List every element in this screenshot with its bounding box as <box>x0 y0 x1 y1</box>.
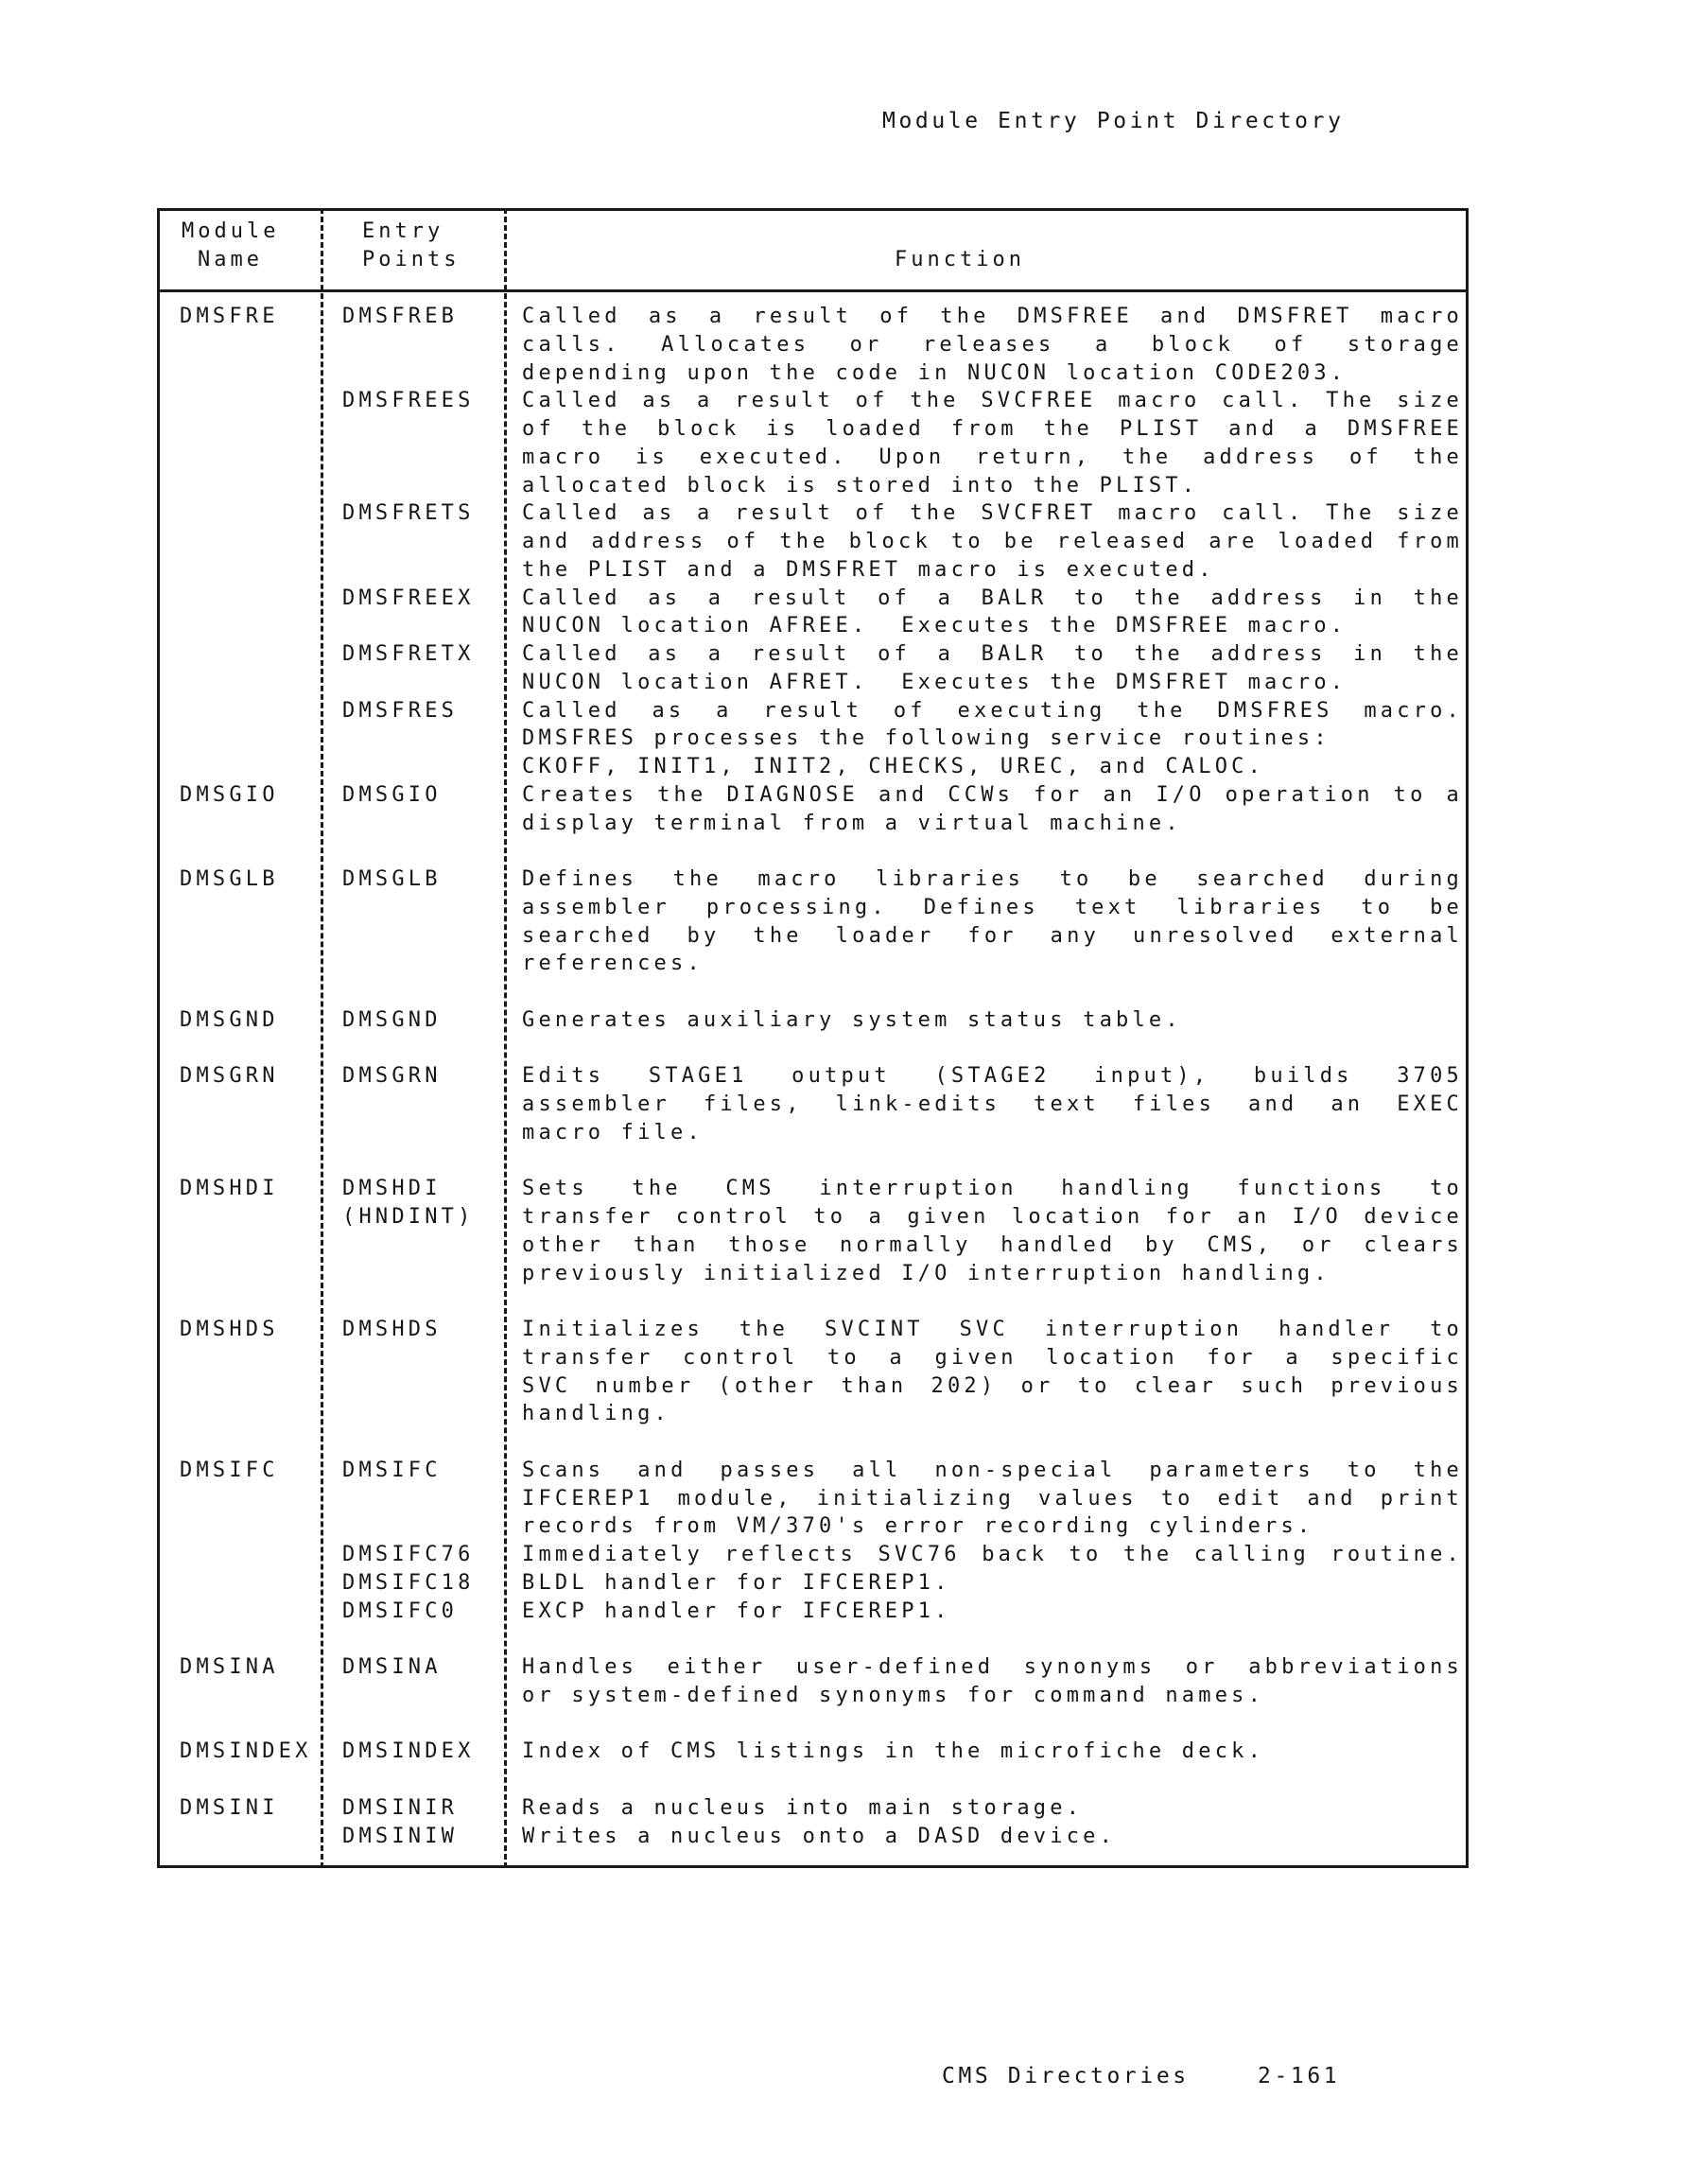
module-name-cell: DMSGIO <box>180 783 279 808</box>
entry-point-cell: DMSFRES <box>342 699 458 724</box>
function-description-line: searched by the loader for any unresolve… <box>522 924 1463 949</box>
function-description-line: records from VM/370's error recording cy… <box>522 1514 1463 1539</box>
module-name-cell: DMSINI <box>180 1796 279 1821</box>
function-description-line: handling. <box>522 1402 1463 1426</box>
function-description-line: display terminal from a virtual machine. <box>522 812 1463 836</box>
entry-point-cell: DMSFREEX <box>342 586 475 611</box>
entry-point-cell: DMSINDEX <box>342 1739 475 1764</box>
function-description-line: Defines the macro libraries to be search… <box>522 867 1463 892</box>
function-description-line: allocated block is stored into the PLIST… <box>522 474 1463 498</box>
function-description-line: Generates auxiliary system status table. <box>522 1008 1463 1033</box>
function-description-line: Writes a nucleus onto a DASD device. <box>522 1825 1463 1849</box>
entry-point-cell: DMSFRETS <box>342 501 475 526</box>
entry-point-cell: DMSFREB <box>342 305 458 329</box>
module-name-cell: DMSGND <box>180 1008 279 1033</box>
header-divider <box>157 289 1469 292</box>
header-module-name-line1: Module <box>182 219 279 243</box>
entry-point-cell: DMSIFC18 <box>342 1571 475 1596</box>
function-description-line: of the block is loaded from the PLIST an… <box>522 417 1463 442</box>
header-entry-points-line2: Points <box>362 248 460 271</box>
module-name-cell: DMSINA <box>180 1655 279 1680</box>
function-description-line <box>522 1627 1463 1651</box>
entry-point-cell: DMSHDS <box>342 1318 442 1342</box>
entry-point-cell: DMSGLB <box>342 867 442 892</box>
function-description-line: CKOFF, INIT1, INIT2, CHECKS, UREC, and C… <box>522 755 1463 779</box>
function-description-line <box>522 1430 1463 1455</box>
function-description-line <box>522 839 1463 864</box>
function-description-line: Creates the DIAGNOSE and CCWs for an I/O… <box>522 783 1463 808</box>
column-divider-entry-function <box>504 208 507 1868</box>
function-description-line: transfer control to a given location for… <box>522 1346 1463 1371</box>
function-description-line: the PLIST and a DMSFRET macro is execute… <box>522 558 1463 583</box>
function-description-line: Handles either user-defined synonyms or … <box>522 1655 1463 1680</box>
entry-point-cell: DMSFRETX <box>342 642 475 667</box>
module-name-cell: DMSHDS <box>180 1318 279 1342</box>
function-description-line: Sets the CMS interruption handling funct… <box>522 1177 1463 1201</box>
function-description-line: macro is executed. Upon return, the addr… <box>522 446 1463 470</box>
entry-point-cell: DMSINIR <box>342 1796 458 1821</box>
module-name-cell: DMSGRN <box>180 1064 279 1089</box>
footer-page-number: 2-161 <box>1258 2064 1340 2088</box>
header-function: Function <box>895 248 1025 271</box>
function-description-line: Called as a result of a BALR to the addr… <box>522 642 1463 667</box>
entry-point-cell: DMSGND <box>342 1008 442 1033</box>
function-description-line: depending upon the code in NUCON locatio… <box>522 361 1463 386</box>
function-description-line: calls. Allocates or releases a block of … <box>522 333 1463 358</box>
function-description-line: transfer control to a given location for… <box>522 1205 1463 1230</box>
function-description-line <box>522 1768 1463 1792</box>
header-module-name-line2: Name <box>198 248 263 271</box>
function-description-line: Called as a result of executing the DMSF… <box>522 699 1463 724</box>
function-description-line: DMSFRES processes the following service … <box>522 726 1463 751</box>
function-description-line <box>522 1289 1463 1314</box>
entry-point-cell: DMSINA <box>342 1655 442 1680</box>
entry-point-cell: (HNDINT) <box>342 1205 475 1230</box>
entry-point-cell: DMSHDI <box>342 1177 442 1201</box>
entry-point-cell: DMSIFC <box>342 1459 442 1483</box>
header-entry-points-line1: Entry <box>362 219 443 243</box>
entry-point-cell: DMSIFC0 <box>342 1599 458 1624</box>
function-description-line <box>522 1037 1463 1061</box>
function-description-line <box>522 1712 1463 1737</box>
function-description-line: Immediately reflects SVC76 back to the c… <box>522 1543 1463 1567</box>
page-title: Module Entry Point Directory <box>882 109 1345 133</box>
function-description-line: Called as a result of the SVCFREE macro … <box>522 389 1463 413</box>
function-description-line <box>522 1149 1463 1174</box>
function-description-line: BLDL handler for IFCEREP1. <box>522 1571 1463 1596</box>
function-description-line: other than those normally handled by CMS… <box>522 1233 1463 1258</box>
function-description-line: NUCON location AFREE. Executes the DMSFR… <box>522 614 1463 638</box>
footer-section-title: CMS Directories <box>942 2064 1190 2088</box>
function-description-line: assembler files, link-edits text files a… <box>522 1092 1463 1117</box>
function-description-line: EXCP handler for IFCEREP1. <box>522 1599 1463 1624</box>
function-description-line: and address of the block to be released … <box>522 530 1463 554</box>
module-name-cell: DMSGLB <box>180 867 279 892</box>
module-name-cell: DMSINDEX <box>180 1739 312 1764</box>
function-description-line: Initializes the SVCINT SVC interruption … <box>522 1318 1463 1342</box>
function-description-line: Edits STAGE1 output (STAGE2 input), buil… <box>522 1064 1463 1089</box>
module-name-cell: DMSFRE <box>180 305 279 329</box>
function-description-line: Called as a result of the DMSFREE and DM… <box>522 305 1463 329</box>
function-description-line: IFCEREP1 module, initializing values to … <box>522 1487 1463 1511</box>
function-description-line: macro file. <box>522 1121 1463 1145</box>
function-description-line: NUCON location AFRET. Executes the DMSFR… <box>522 671 1463 695</box>
entry-point-cell: DMSGRN <box>342 1064 442 1089</box>
entry-point-cell: DMSINIW <box>342 1825 458 1849</box>
function-description-line: Called as a result of a BALR to the addr… <box>522 586 1463 611</box>
function-description-line <box>522 980 1463 1005</box>
function-description-line: Index of CMS listings in the microfiche … <box>522 1739 1463 1764</box>
function-description-line: Scans and passes all non-special paramet… <box>522 1459 1463 1483</box>
column-divider-module-entry <box>321 208 323 1868</box>
function-description-line: assembler processing. Defines text libra… <box>522 896 1463 920</box>
function-description-line: or system-defined synonyms for command n… <box>522 1684 1463 1708</box>
function-description-line: previously initialized I/O interruption … <box>522 1262 1463 1286</box>
function-description-line: SVC number (other than 202) or to clear … <box>522 1374 1463 1399</box>
function-description-line: Reads a nucleus into main storage. <box>522 1796 1463 1821</box>
entry-point-cell: DMSFREES <box>342 389 475 413</box>
function-description-line: references. <box>522 952 1463 976</box>
entry-point-cell: DMSGIO <box>342 783 442 808</box>
module-name-cell: DMSHDI <box>180 1177 279 1201</box>
function-description-line: Called as a result of the SVCFRET macro … <box>522 501 1463 526</box>
entry-point-cell: DMSIFC76 <box>342 1543 475 1567</box>
module-name-cell: DMSIFC <box>180 1459 279 1483</box>
